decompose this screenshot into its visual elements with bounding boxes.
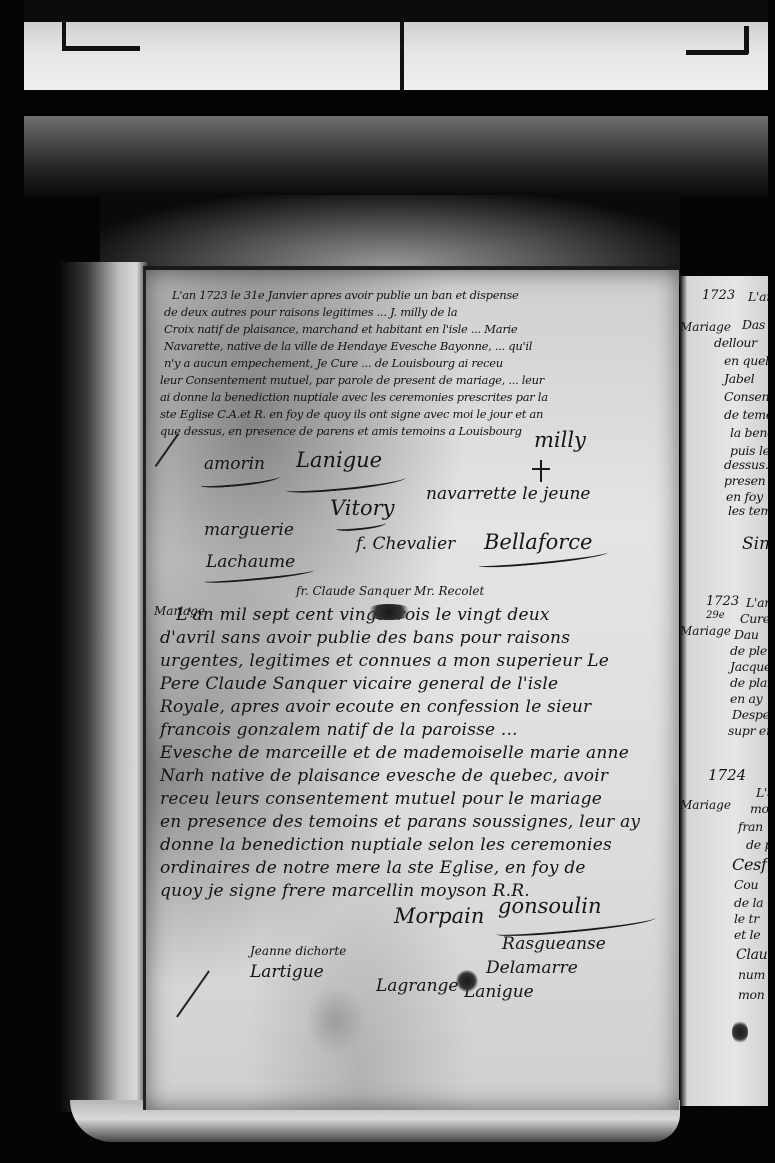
entry-line: de deux autres pour raisons legitimes ..… [164,305,457,321]
signature-vitory: Vitory [330,496,395,520]
entry-line: ai donne la benediction nuptiale avec le… [160,390,548,406]
entry-date: 29e [706,610,725,621]
signature-jeanne-dichorte: Jeanne dichorte [250,944,346,958]
entry-line: que dessus, en presence de parens et ami… [160,424,522,440]
entry-line: n'y a aucun empechement, Je Cure ... de … [164,356,503,372]
entry-year: 1724 [708,766,746,784]
entry-line: Croix natif de plaisance, marchand et ha… [164,322,517,338]
signature-lagrange: Lagrange [376,976,458,996]
entry-line: donne la benediction nuptiale selon les … [160,834,612,857]
entry-line: ste Eglise C.A.et R. en foy de quoy ils … [160,407,543,423]
entry-line: leur Consentement mutuel, par parole de … [160,373,544,389]
entry-line: L'an 1723 le 31e Janvier apres avoir pub… [172,288,518,304]
entry-line: Royale, apres avoir ecoute en confession… [160,696,591,719]
fragment-line: supr en [728,722,774,740]
signature-lartigue: Lartigue [250,962,324,982]
fragment-line: les tem [728,502,772,520]
fragment-line: en quel [724,352,769,370]
margin-label-mariage: Mariage [680,624,731,638]
ink-blot [456,970,478,992]
paper-stain [306,986,366,1056]
fragment-line: Consent [724,388,774,406]
signature-chevalier: f. Chevalier [356,534,455,554]
signature-milly: milly [534,428,586,452]
entry-line: francois gonzalem natif de la paroisse .… [160,719,518,742]
manuscript-right-page: 1723 Mariage L'an Das ... dellour en que… [680,276,772,1106]
signature-delamarre: Delamarre [486,958,578,978]
previous-frame-paper [24,22,768,90]
ink-smudge [364,604,414,620]
entry-line: urgentes, legitimes et connues a mon sup… [160,650,609,673]
signature-flourish [200,473,281,490]
entry-line: en presence des temoins et parans soussi… [160,811,640,834]
signature-morpain: Morpain [394,904,484,928]
book-binding-edge [60,262,150,1112]
signature-lanigue: Lanigue [296,448,382,472]
entry-line: d'avril sans avoir publie des bans pour … [160,627,570,650]
fragment-line: num [738,966,765,984]
fragment-line: mon [738,986,765,1004]
signature-amorin: amorin [204,454,265,474]
entry-line: L'an mil sept cent vingt trois le vingt … [176,604,550,627]
signature-sanquer-recolet: fr. Claude Sanquer Mr. Recolet [296,584,484,598]
entry-line: Evesche de marceille et de mademoiselle … [160,742,629,765]
previous-frame-divider [400,22,404,90]
entry-line: Pere Claude Sanquer vicaire general de l… [160,673,558,696]
ink-blot [732,1020,748,1044]
entry-line: Narh native de plaisance evesche de queb… [160,765,608,788]
entry-line: receu leurs consentement mutuel pour le … [160,788,602,811]
signature-gonsoulin: gonsoulin [498,894,602,918]
entry-line: quoy je signe frere marcellin moyson R.R… [160,880,530,903]
signature-navarrette: navarrette le jeune [426,484,590,504]
corner-bracket-right-foot [686,50,748,55]
fragment-line: Cou [734,876,758,894]
entry-year: 1723 [702,288,735,303]
entry-line: Navarette, native de la ville de Hendaye… [164,339,532,355]
signature-flourish [336,520,387,532]
signature-marguerie: marguerie [204,520,294,540]
fragment-line: Clau [736,946,767,964]
fragment-line: dellour [714,334,757,352]
frame-right-edge [768,260,775,1140]
fragment-line: Cesf [732,856,767,874]
margin-stroke [176,970,210,1017]
manuscript-left-page: L'an 1723 le 31e Janvier apres avoir pub… [143,266,679,1110]
fragment-line: Jabel [724,370,754,388]
signature-rasgueanse: Rasgueanse [502,934,606,954]
fragment-line: fran [738,818,763,836]
corner-bracket-left [62,22,66,48]
margin-label-mariage: Mariage [680,798,731,812]
entry-year: 1723 [706,594,739,609]
margin-label-mariage: Mariage [680,320,731,334]
frame-gap-shadow [24,116,768,196]
fragment-line: et le [734,926,760,944]
signature-flourish [286,473,407,495]
fragment-line: de temo [724,406,773,424]
corner-bracket-left-foot [62,46,140,51]
entry-line: ordinaires de notre mere la ste Eglise, … [160,857,586,880]
